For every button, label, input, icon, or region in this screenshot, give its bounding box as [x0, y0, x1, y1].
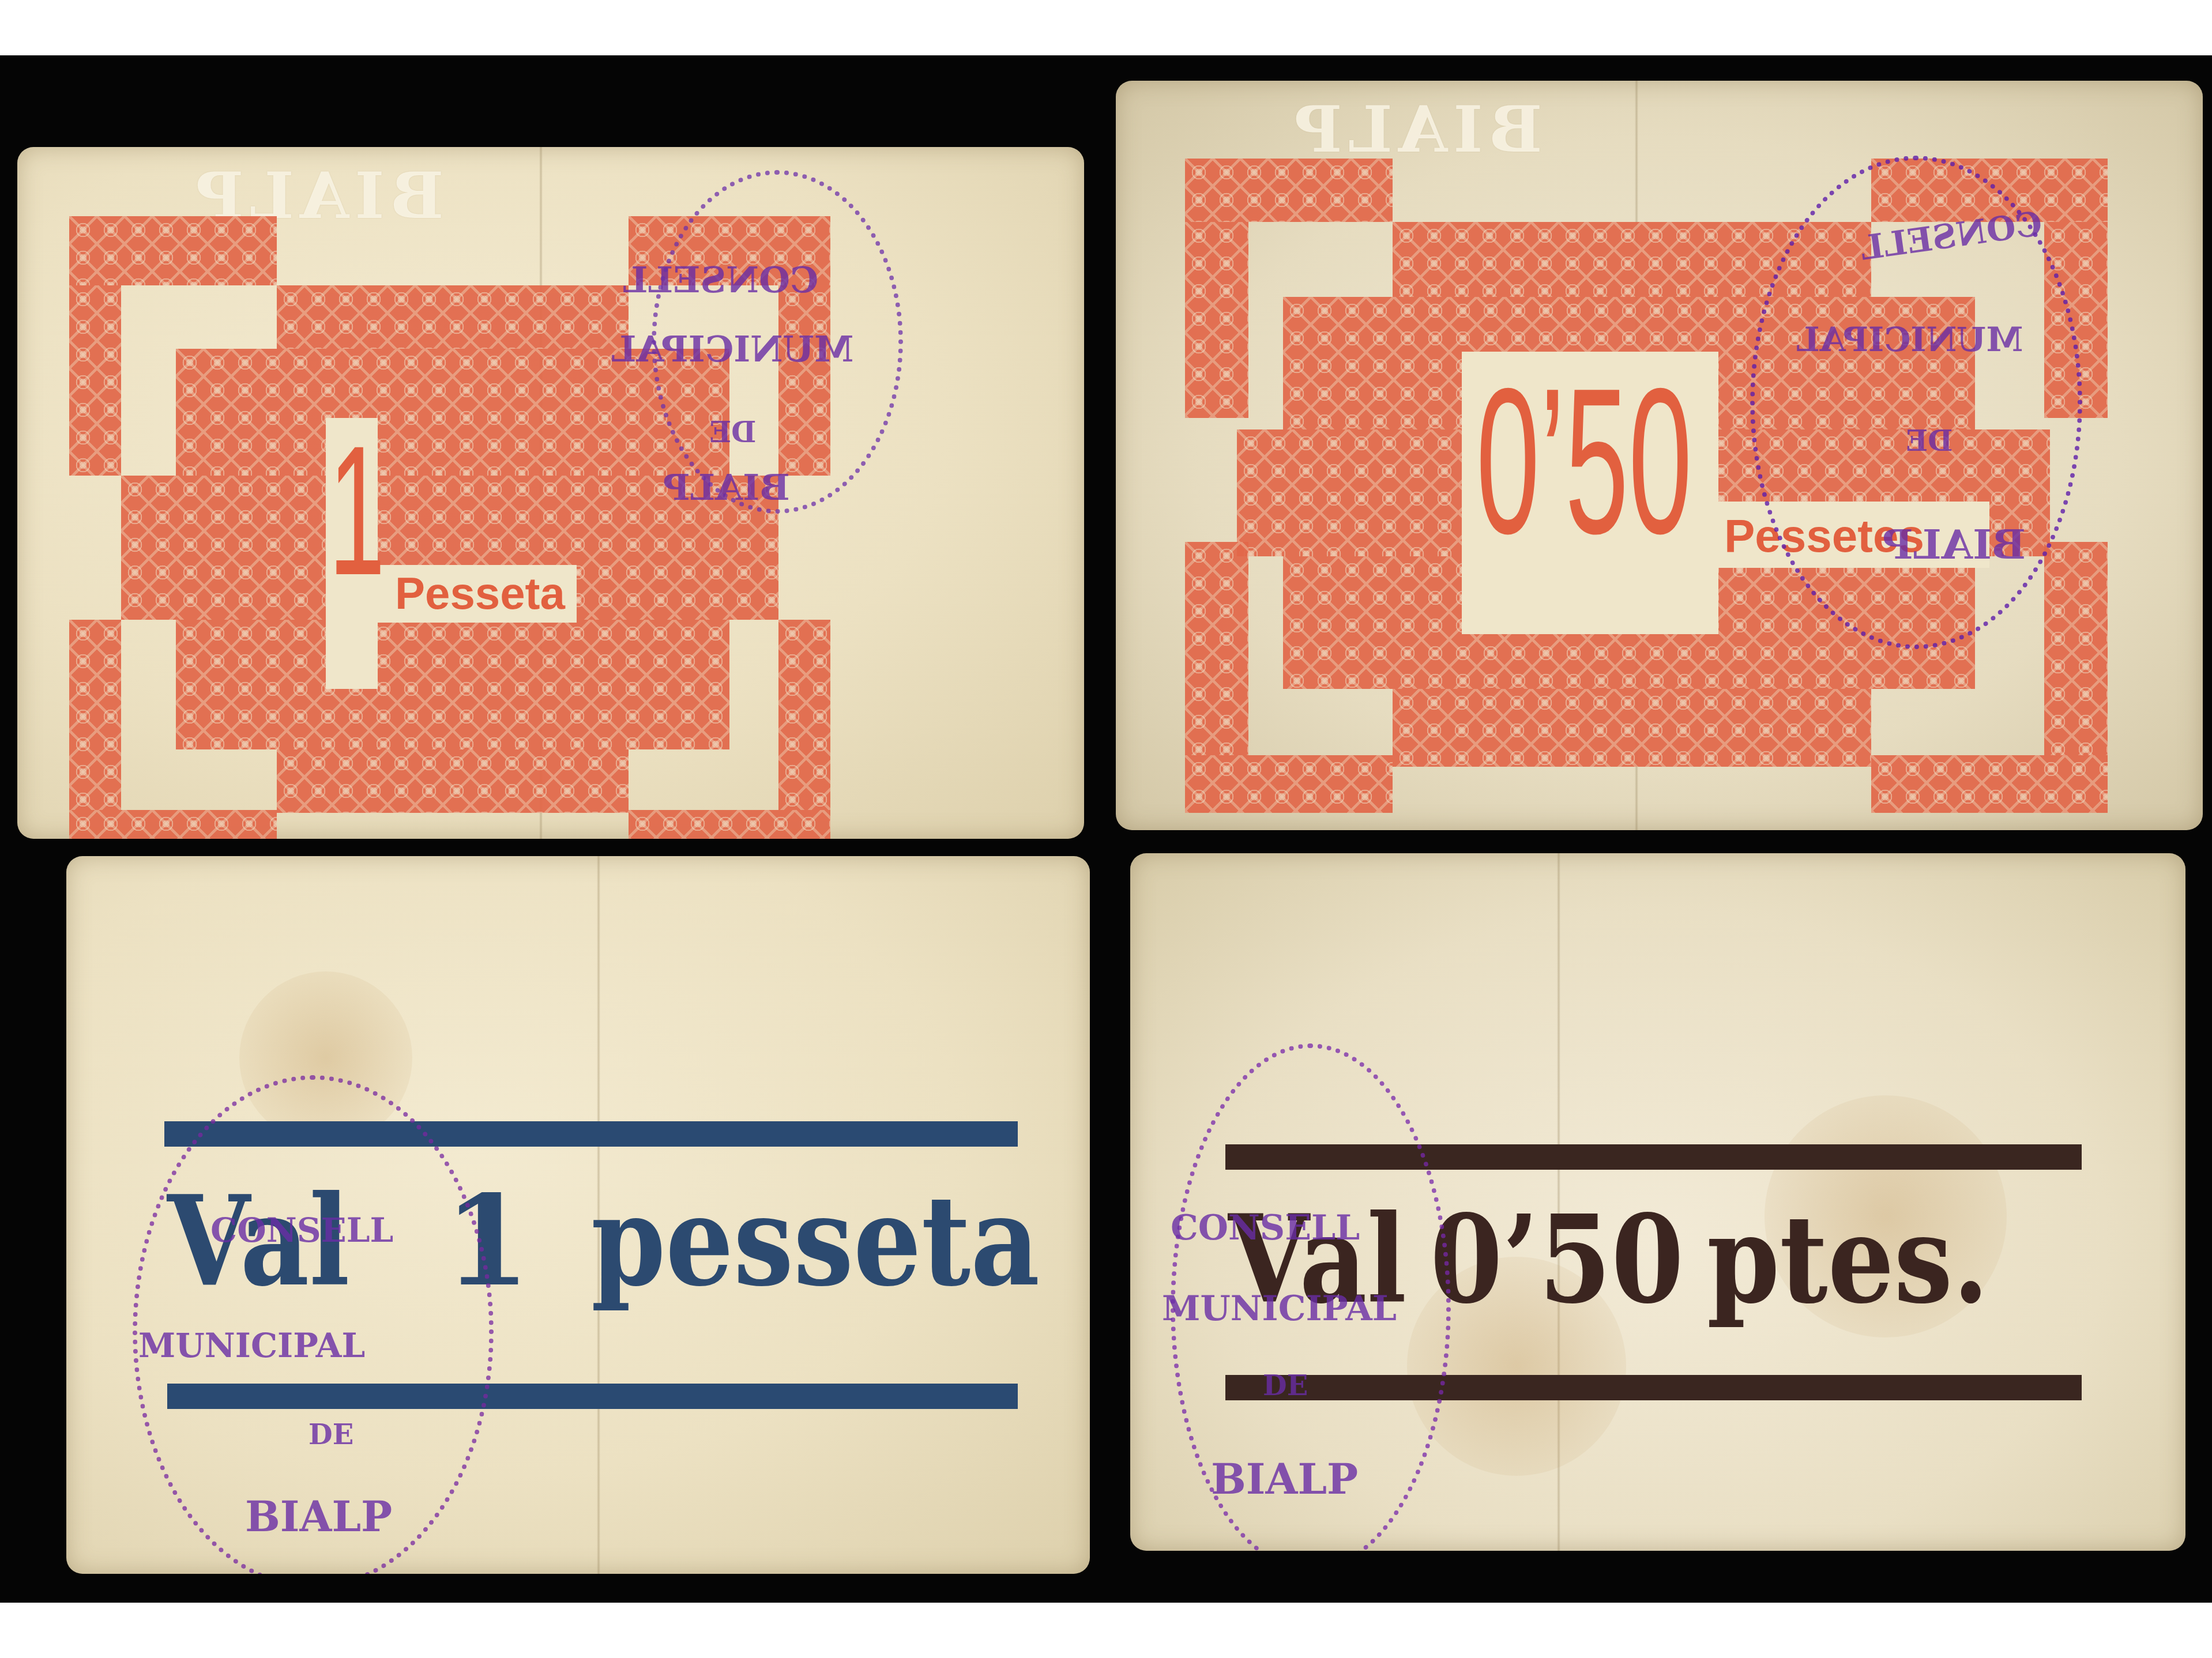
pattern-block — [69, 620, 121, 810]
stamp-text-line: MUNICIPAL — [1796, 323, 2023, 356]
amount-text: 0’50 — [1430, 1199, 1684, 1320]
stamp-text-line: BIALP — [1211, 1459, 1358, 1500]
pattern-block — [176, 620, 729, 749]
stamp-text-line: DE — [309, 1421, 353, 1449]
unit-text: pesseta — [591, 1179, 1040, 1303]
stamp-text-line: MUNICIPAL — [611, 331, 854, 367]
pattern-block — [629, 810, 830, 839]
stamp-text-line: CONSELL — [623, 262, 818, 298]
denomination-numeral: 0’50 — [1476, 357, 1692, 565]
mirrored-header-text: BIALP — [1289, 92, 1543, 167]
denomination-label: Pesseta — [395, 571, 565, 616]
pattern-block — [277, 749, 629, 813]
stamp-text-line: BIALP — [245, 1496, 392, 1538]
banknote-050-ptes-back: Val 0’50 ptes. CONSELL MUNICIPAL DE BIAL… — [1130, 853, 2185, 1551]
pattern-block — [69, 285, 121, 476]
stamp-text-line: BIALP — [663, 470, 790, 506]
pattern-block — [1185, 755, 1393, 813]
stamp-text-line: BIALP — [1883, 525, 2026, 565]
pattern-block — [2044, 542, 2108, 755]
stamp-text-line: DE — [1263, 1372, 1308, 1400]
pattern-block — [69, 810, 277, 839]
banknote-1-pesseta-back: Val 1 pesseta CONSELL MUNICIPAL DE BIALP — [66, 856, 1090, 1574]
stamp-text-line: DE — [1906, 427, 1953, 455]
banknote-050-pessetes-front: BIALP 0’50 Pessetes CONSELL MUNICIPAL DE… — [1116, 81, 2203, 830]
pattern-block — [277, 285, 629, 349]
pattern-block — [1185, 222, 1248, 418]
pattern-block — [1871, 755, 2108, 813]
stamp-text-line: CONSELL — [1171, 1211, 1360, 1245]
pattern-block — [1185, 159, 1393, 222]
pattern-block — [69, 216, 277, 285]
stamp-text-line: DE — [709, 418, 756, 447]
denomination-numeral: 1 — [329, 418, 385, 602]
pattern-block — [778, 620, 830, 810]
stamp-text-line: MUNICIPAL — [138, 1329, 365, 1362]
stamp-text-line: CONSELL — [210, 1214, 393, 1247]
pattern-block — [1393, 689, 1871, 767]
banknote-1-pesseta-front: BIALP 1 Pesseta CONSELL MUNICIPAL DE BIA… — [17, 147, 1084, 839]
unit-text: ptes. — [1707, 1199, 1989, 1320]
stamp-text-line: MUNICIPAL — [1162, 1291, 1397, 1326]
pattern-block — [1185, 542, 1248, 755]
